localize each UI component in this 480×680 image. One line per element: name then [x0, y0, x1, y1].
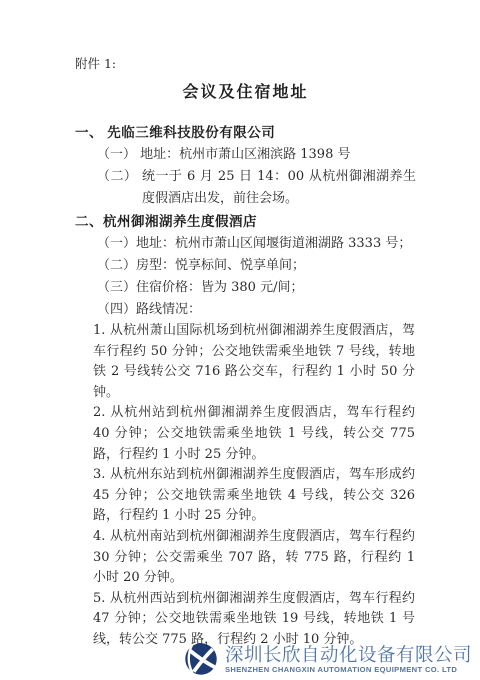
company-name-chinese: 深圳长欣自动化设备有限公司	[225, 644, 472, 665]
route-item-4: 4. 从杭州南站到杭州御湘湖养生度假酒店，驾车行程约 30 分钟；公交需乘坐 7…	[93, 527, 415, 589]
company-logo-icon	[183, 641, 219, 677]
section-2-heading: 二、杭州御湘湖养生度假酒店	[75, 211, 416, 233]
section-1-heading: 一、 先临三维科技股份有限公司	[75, 122, 416, 144]
route-item-1: 1. 从杭州萧山国际机场到杭州御湘湖养生度假酒店，驾车行程约 50 分钟；公交地…	[93, 321, 415, 403]
attachment-label: 附件 1:	[75, 56, 416, 72]
company-name-english: SHENZHEN CHANGXIN AUTOMATION EQUIPMENT C…	[225, 665, 472, 674]
document-page: 附件 1: 会议及住宿地址 一、 先临三维科技股份有限公司 （一） 地址：杭州市…	[0, 0, 480, 680]
section-1-item-departure: （二） 统一于 6 月 25 日 14：00 从杭州御湘湖养生度假酒店出发，前往…	[97, 166, 416, 210]
route-list: 1. 从杭州萧山国际机场到杭州御湘湖养生度假酒店，驾车行程约 50 分钟；公交地…	[93, 321, 415, 651]
section-1-item-address: （一） 地址：杭州市萧山区湘滨路 1398 号	[97, 144, 416, 166]
section-2-item-address: （一）地址：杭州市萧山区闻堰街道湘湖路 3333 号；	[97, 233, 416, 255]
section-2-item-price: （三）住宿价格：皆为 380 元/间；	[97, 277, 416, 299]
section-2-item-route-label: （四）路线情况：	[97, 299, 416, 321]
route-item-3: 3. 从杭州东站到杭州御湘湖养生度假酒店，驾车形成约 45 分钟；公交地铁需乘坐…	[93, 465, 415, 527]
route-item-2: 2. 从杭州站到杭州御湘湖养生度假酒店，驾车行程约 40 分钟；公交地铁需乘坐地…	[93, 403, 415, 465]
company-footer: 深圳长欣自动化设备有限公司 SHENZHEN CHANGXIN AUTOMATI…	[183, 641, 472, 677]
section-2-item-room-type: （二）房型：悦享标间、悦享单间；	[97, 255, 416, 277]
company-name-block: 深圳长欣自动化设备有限公司 SHENZHEN CHANGXIN AUTOMATI…	[225, 644, 472, 674]
page-title: 会议及住宿地址	[75, 80, 416, 104]
